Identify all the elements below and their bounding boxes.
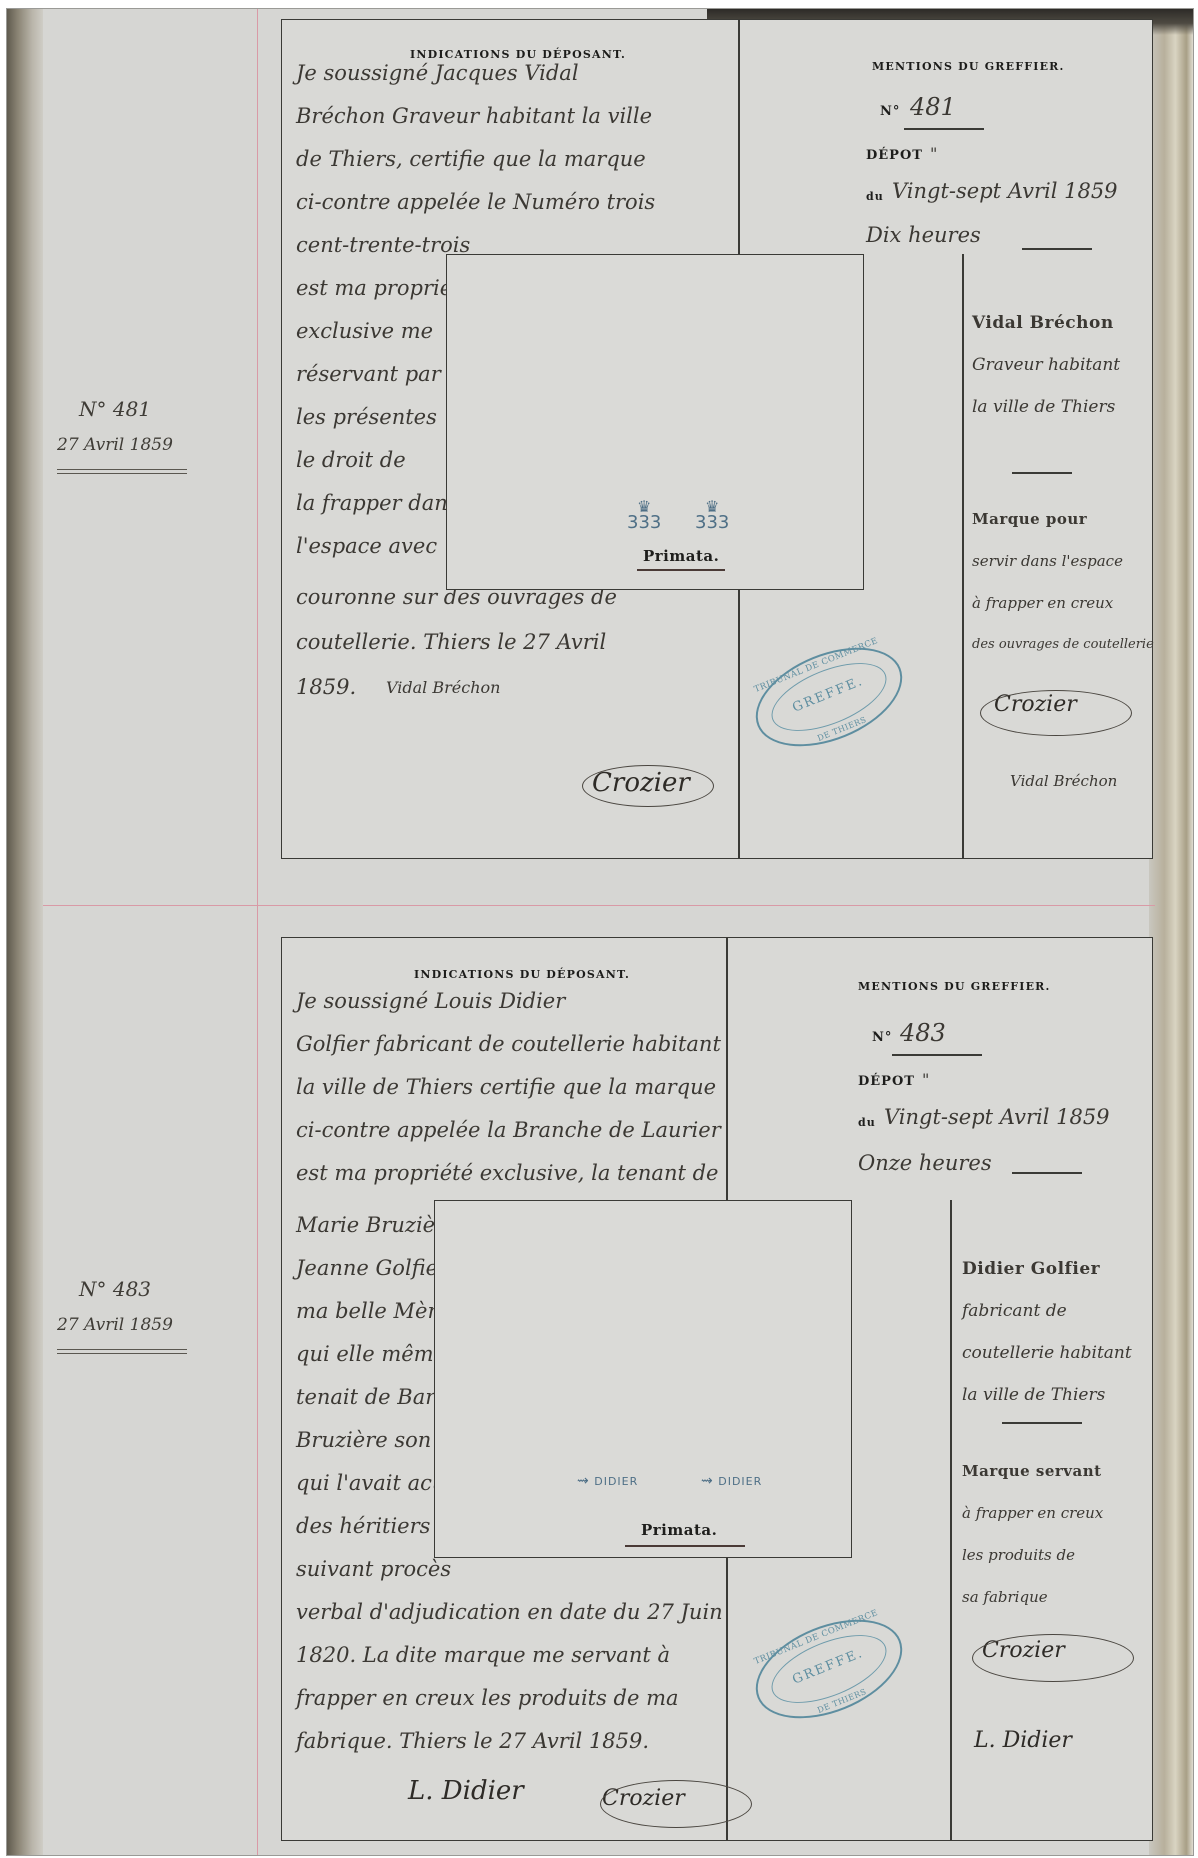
page-edges-right xyxy=(1149,9,1193,1855)
deposit-date: Vingt-sept Avril 1859 xyxy=(884,1096,1110,1139)
mark-number: 333 xyxy=(627,512,661,533)
signature-flourish xyxy=(582,765,714,807)
column-divider-top xyxy=(738,20,740,254)
deposit-date: Vingt-sept Avril 1859 xyxy=(892,170,1118,213)
declaration-line: la frapper dans xyxy=(296,482,459,525)
declaration-line: 1859. xyxy=(296,666,356,709)
margin-double-rule xyxy=(57,1349,187,1354)
number-label: N° xyxy=(880,104,900,119)
margin-rule-horizontal xyxy=(43,905,1155,906)
declaration-line: fabrique. Thiers le 27 Avril 1859. xyxy=(296,1720,649,1763)
declaration-line: Jeanne Golfier xyxy=(296,1247,448,1290)
separator-rule xyxy=(1012,1172,1082,1174)
mark-specimen-box: ⇝ DIDIER ⇝ DIDIER Primata. xyxy=(434,1200,852,1558)
crown-333-mark: ♛ 333 xyxy=(695,499,729,531)
du-label: du xyxy=(858,1116,876,1129)
mark-label-underline xyxy=(637,569,725,571)
header-mentions-greffier: MENTIONS DU GREFFIER. xyxy=(872,60,1065,73)
declaration-line: ma belle Mère xyxy=(296,1290,450,1333)
margin-entry-date: 27 Avril 1859 xyxy=(57,1315,207,1335)
depot-label: DÉPOT xyxy=(866,148,923,163)
declaration-line: réservant par xyxy=(296,353,441,396)
laurel-branch-mark: ⇝ DIDIER xyxy=(577,1473,638,1489)
mark-description: servir dans l'espace xyxy=(972,540,1123,582)
separator-rule xyxy=(1022,248,1092,250)
declaration-line: le droit de xyxy=(296,439,406,482)
signature-flourish xyxy=(600,1780,752,1828)
depositor-detail: coutellerie habitant xyxy=(962,1332,1132,1374)
mark-description: Marque servant xyxy=(962,1450,1102,1492)
mark-text: DIDIER xyxy=(718,1475,762,1488)
depositor-name: Didier Golfier xyxy=(962,1248,1100,1290)
signature-flourish xyxy=(972,1634,1134,1682)
mark-description: à frapper en creux xyxy=(962,1492,1103,1534)
declaration-line: ci-contre appelée le Numéro trois xyxy=(296,181,655,224)
declaration-line: Golfier fabricant de coutellerie habitan… xyxy=(296,1023,721,1066)
deposit-form-481: INDICATIONS DU DÉPOSANT. MENTIONS DU GRE… xyxy=(281,19,1153,859)
mark-label: Primata. xyxy=(641,1521,717,1539)
header-mentions-greffier: MENTIONS DU GREFFIER. xyxy=(858,980,1051,993)
declaration-line: l'espace avec xyxy=(296,525,437,568)
laurel-branch-mark: ⇝ DIDIER xyxy=(701,1473,762,1489)
mark-description: à frapper en creux xyxy=(972,582,1113,624)
du-label: du xyxy=(866,190,884,203)
depositor-detail: Graveur habitant xyxy=(972,344,1120,386)
book-binding-left xyxy=(7,9,43,1855)
column-divider-right xyxy=(950,1200,952,1840)
right-depositor-signature: L. Didier xyxy=(974,1728,1072,1753)
margin-rule-vertical xyxy=(257,9,258,1855)
column-divider-top xyxy=(726,938,728,1200)
depot-label: DÉPOT xyxy=(858,1074,915,1089)
greffe-stamp: TRIBUNAL DE COMMERCE GREFFE. DE THIERS xyxy=(741,1600,916,1737)
depositor-detail: fabricant de xyxy=(962,1290,1067,1332)
declaration-line: 1820. La dite marque me servant à xyxy=(296,1634,670,1677)
mark-description: Marque pour xyxy=(972,498,1087,540)
separator-rule xyxy=(1012,472,1072,474)
inline-signature: Vidal Bréchon xyxy=(386,666,500,709)
margin-entry-date: 27 Avril 1859 xyxy=(57,435,207,455)
crown-333-mark: ♛ 333 xyxy=(627,499,661,531)
mark-text: DIDIER xyxy=(594,1475,638,1488)
separator-rule xyxy=(1002,1422,1082,1424)
deposit-hour: Onze heures xyxy=(858,1142,992,1185)
greffe-stamp: TRIBUNAL DE COMMERCE GREFFE. DE THIERS xyxy=(741,628,916,765)
declaration-line: Bréchon Graveur habitant la ville xyxy=(296,95,652,138)
mark-description: sa fabrique xyxy=(962,1576,1048,1618)
declaration-line: Je soussigné Jacques Vidal xyxy=(296,52,579,95)
declaration-line: suivant procès xyxy=(296,1548,451,1591)
number-underline xyxy=(892,1054,982,1056)
margin-entry-483: N° 483 27 Avril 1859 xyxy=(57,1277,207,1354)
declaration-line: la ville de Thiers certifie que la marqu… xyxy=(296,1066,716,1109)
mark-description: les produits de xyxy=(962,1534,1075,1576)
column-divider-right xyxy=(962,254,964,858)
depot-value: " xyxy=(930,132,937,175)
declaration-line: Je soussigné Louis Didier xyxy=(296,980,565,1023)
deposit-form-483: INDICATIONS DU DÉPOSANT. MENTIONS DU GRE… xyxy=(281,937,1153,1841)
declaration-line: ci-contre appelée la Branche de Laurier xyxy=(296,1109,721,1152)
mark-label-underline xyxy=(625,1545,745,1547)
right-depositor-signature: Vidal Bréchon xyxy=(1010,760,1117,802)
column-divider-bottom xyxy=(738,588,740,858)
margin-double-rule xyxy=(57,469,187,474)
declaration-line: verbal d'adjudication en date du 27 Juin xyxy=(296,1591,723,1634)
mark-number: 333 xyxy=(695,512,729,533)
deposit-hour: Dix heures xyxy=(866,214,981,257)
declaration-line: les présentes xyxy=(296,396,437,439)
declaration-line: exclusive me xyxy=(296,310,433,353)
laurel-branch-icon: ⇝ xyxy=(701,1473,714,1489)
depot-value: " xyxy=(922,1058,929,1101)
margin-entry-481: N° 481 27 Avril 1859 xyxy=(57,397,207,474)
laurel-branch-icon: ⇝ xyxy=(577,1473,590,1489)
depositor-signature: L. Didier xyxy=(408,1776,524,1806)
mark-label: Primata. xyxy=(643,547,719,565)
depositor-detail: la ville de Thiers xyxy=(962,1374,1105,1416)
signature-flourish xyxy=(980,690,1132,736)
register-page: m/ 122 N° 481 27 Avril 1859 INDICATIONS … xyxy=(6,8,1194,1856)
mark-specimen-box: ♛ 333 ♛ 333 Primata. xyxy=(446,254,864,590)
number-label: N° xyxy=(872,1030,892,1045)
declaration-line: de Thiers, certifie que la marque xyxy=(296,138,646,181)
depositor-detail: la ville de Thiers xyxy=(972,386,1115,428)
declaration-line: cent-trente-trois xyxy=(296,224,470,267)
declaration-line: est ma propriété exclusive, la tenant de xyxy=(296,1152,718,1195)
number-underline xyxy=(904,128,984,130)
mark-description: des ouvrages de coutellerie xyxy=(972,624,1154,666)
depositor-name: Vidal Bréchon xyxy=(972,302,1114,344)
deposit-number: 481 xyxy=(910,86,956,129)
deposit-number: 483 xyxy=(900,1012,946,1055)
declaration-line: coutellerie. Thiers le 27 Avril xyxy=(296,621,606,664)
declaration-line: frapper en creux les produits de ma xyxy=(296,1677,679,1720)
margin-entry-number: N° 481 xyxy=(57,397,207,421)
margin-entry-number: N° 483 xyxy=(57,1277,207,1301)
